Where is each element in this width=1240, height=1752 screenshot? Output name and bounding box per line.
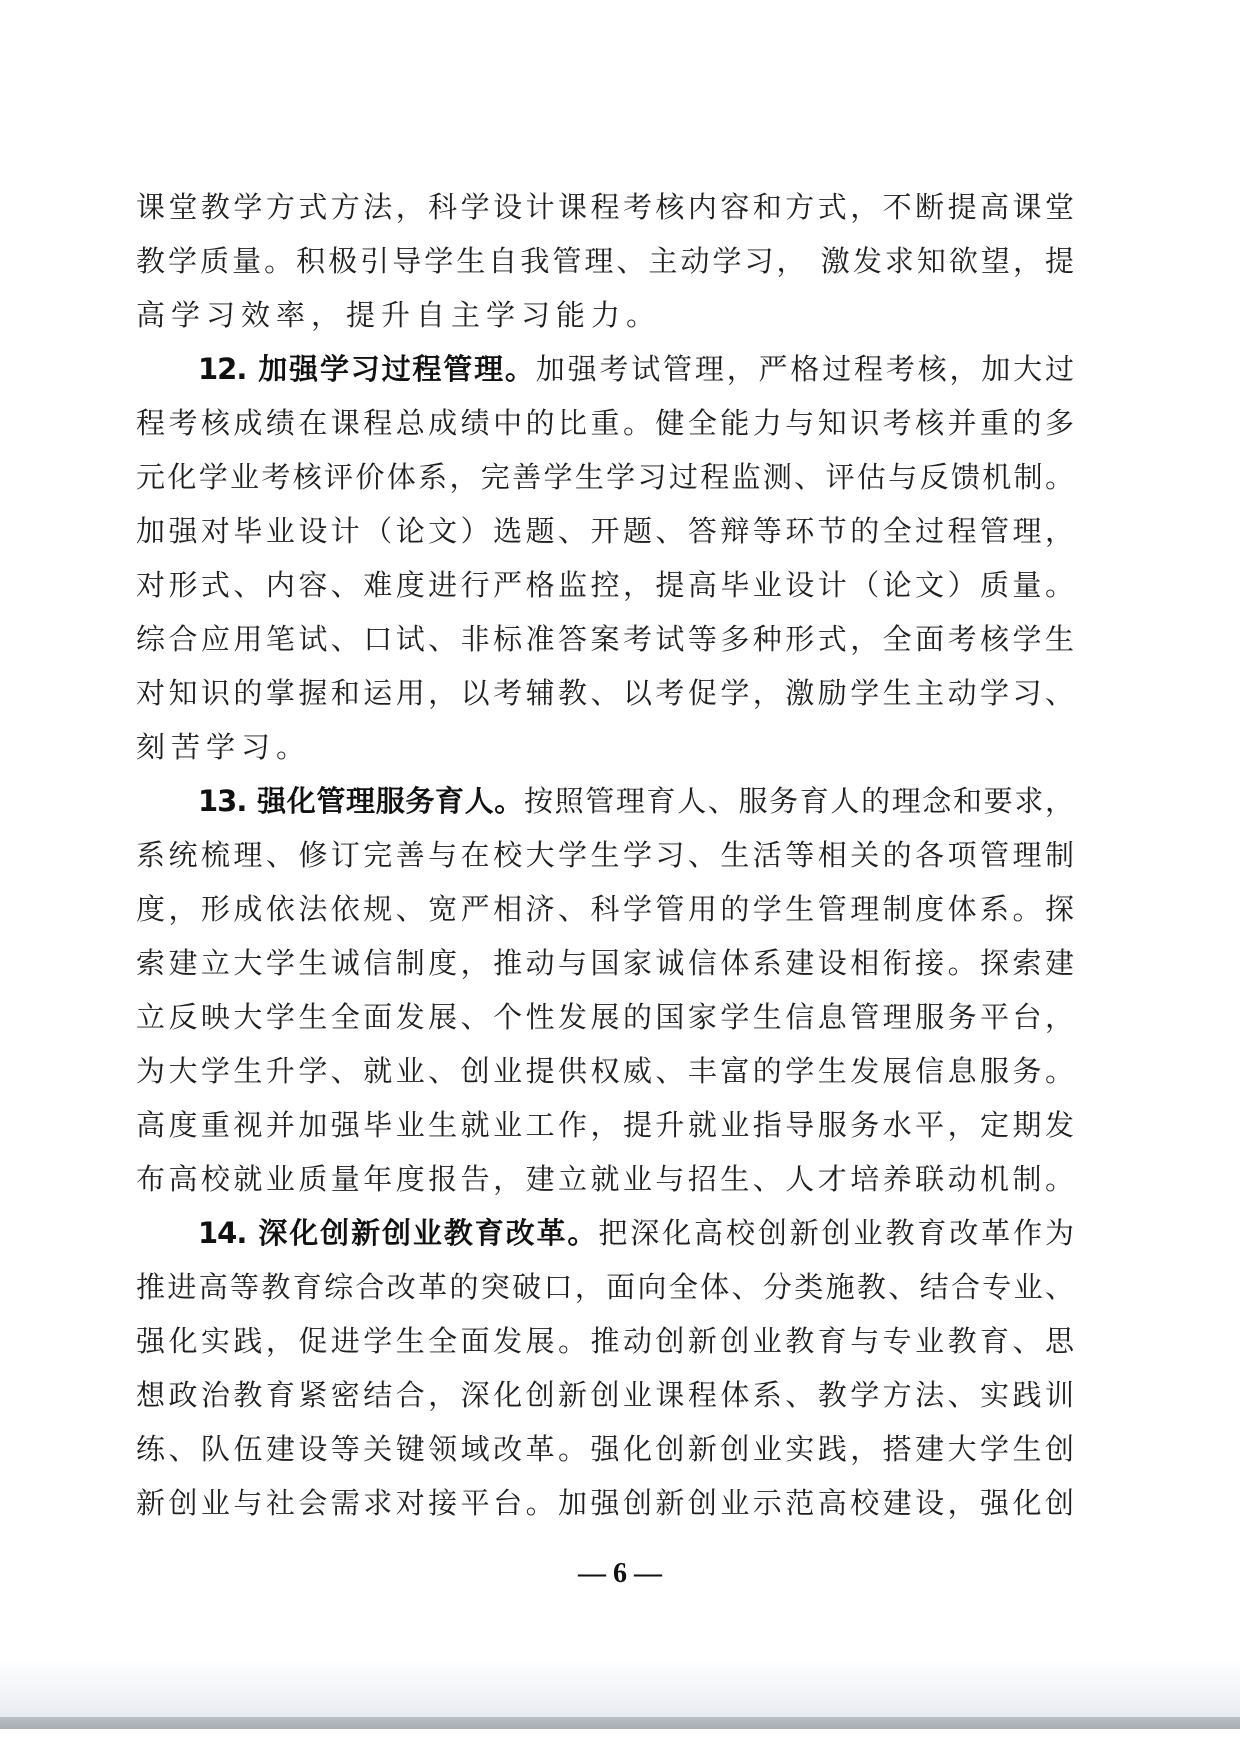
text-line: 程考核成绩在课程总成绩中的比重。健全能力与知识考核并重的多 xyxy=(136,396,1074,450)
text-line: 想政治教育紧密结合，深化创新创业课程体系、教学方法、实践训 xyxy=(136,1368,1074,1422)
section-heading: 13. 强化管理服务育人。 xyxy=(198,784,524,818)
scan-shadow xyxy=(0,1660,1240,1720)
text-line: 索建立大学生诚信制度，推动与国家诚信体系建设相衔接。探索建 xyxy=(136,936,1074,990)
section-heading: 14. 深化创新创业教育改革。 xyxy=(198,1216,598,1250)
text-span: 加强考试管理，严格过程考核，加大过 xyxy=(536,352,1074,386)
scan-bottom-margin xyxy=(0,1729,1240,1752)
body-text: 课堂教学方式方法，科学设计课程考核内容和方式，不断提高课堂 教学质量。积极引导学… xyxy=(136,180,1074,1530)
section-heading: 12. 加强学习过程管理。 xyxy=(198,352,536,386)
text-line: 推进高等教育综合改革的突破口，面向全体、分类施教、结合专业、 xyxy=(136,1260,1074,1314)
text-line: 布高校就业质量年度报告，建立就业与招生、人才培养联动机制。 xyxy=(136,1152,1074,1206)
text-line: 对形式、内容、难度进行严格监控，提高毕业设计（论文）质量。 xyxy=(136,558,1074,612)
text-line: 强化实践，促进学生全面发展。推动创新创业教育与专业教育、思 xyxy=(136,1314,1074,1368)
text-line: 加强对毕业设计（论文）选题、开题、答辩等环节的全过程管理， xyxy=(136,504,1074,558)
section-14-first-line: 14. 深化创新创业教育改革。把深化高校创新创业教育改革作为 xyxy=(136,1206,1074,1260)
section-13-first-line: 13. 强化管理服务育人。按照管理育人、服务育人的理念和要求， xyxy=(136,774,1074,828)
scan-edge-divider xyxy=(0,1717,1240,1729)
text-line: 为大学生升学、就业、创业提供权威、丰富的学生发展信息服务。 xyxy=(136,1044,1074,1098)
text-line: 高度重视并加强毕业生就业工作，提升就业指导服务水平，定期发 xyxy=(136,1098,1074,1152)
text-line: 综合应用笔试、口试、非标准答案考试等多种形式，全面考核学生 xyxy=(136,612,1074,666)
section-12-first-line: 12. 加强学习过程管理。加强考试管理，严格过程考核，加大过 xyxy=(136,342,1074,396)
document-page: 课堂教学方式方法，科学设计课程考核内容和方式，不断提高课堂 教学质量。积极引导学… xyxy=(0,0,1240,1752)
text-line: 高学习效率，提升自主学习能力。 xyxy=(136,288,1074,342)
text-span: 按照管理育人、服务育人的理念和要求， xyxy=(524,784,1074,818)
text-line: 度，形成依法依规、宽严相济、科学管用的学生管理制度体系。探 xyxy=(136,882,1074,936)
text-line: 刻苦学习。 xyxy=(136,720,1074,774)
text-line: 系统梳理、修订完善与在校大学生学习、生活等相关的各项管理制 xyxy=(136,828,1074,882)
text-line: 新创业与社会需求对接平台。加强创新创业示范高校建设，强化创 xyxy=(136,1476,1074,1530)
page-number: — 6 — xyxy=(0,1558,1240,1590)
text-line: 教学质量。积极引导学生自我管理、主动学习， 激发求知欲望，提 xyxy=(136,234,1074,288)
text-line: 对知识的掌握和运用，以考辅教、以考促学，激励学生主动学习、 xyxy=(136,666,1074,720)
text-line: 立反映大学生全面发展、个性发展的国家学生信息管理服务平台， xyxy=(136,990,1074,1044)
text-line: 练、队伍建设等关键领域改革。强化创新创业实践，搭建大学生创 xyxy=(136,1422,1074,1476)
text-line: 课堂教学方式方法，科学设计课程考核内容和方式，不断提高课堂 xyxy=(136,180,1074,234)
text-span: 把深化高校创新创业教育改革作为 xyxy=(598,1216,1074,1250)
text-line: 元化学业考核评价体系，完善学生学习过程监测、评估与反馈机制。 xyxy=(136,450,1074,504)
